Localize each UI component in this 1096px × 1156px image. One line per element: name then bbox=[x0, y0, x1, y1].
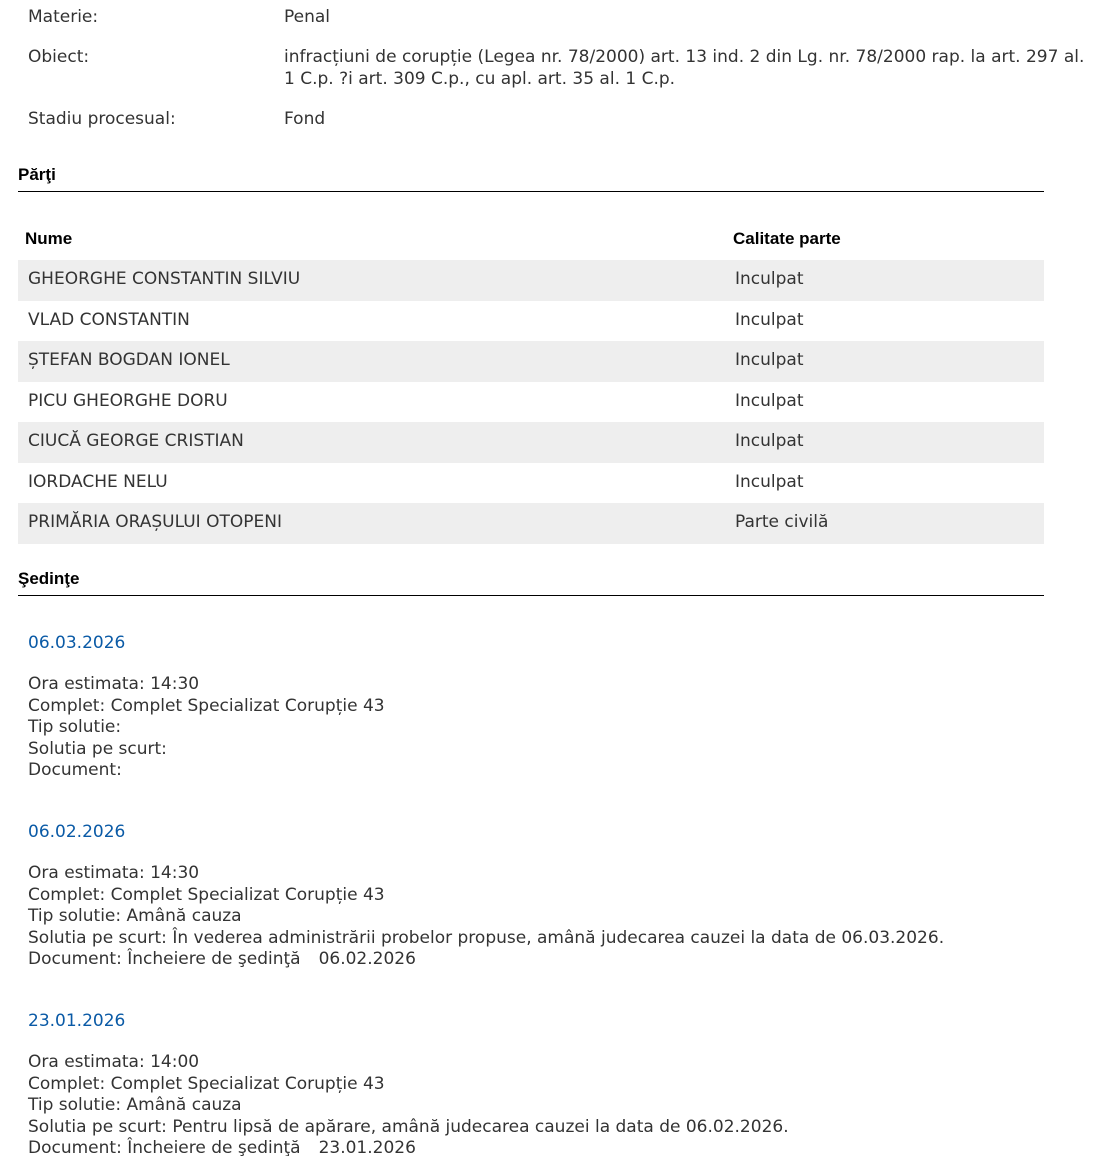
table-row: ȘTEFAN BOGDAN IONEL Inculpat bbox=[18, 341, 1044, 382]
stadiu-value: Fond bbox=[284, 108, 1044, 130]
party-role: Inculpat bbox=[735, 310, 804, 330]
ora-value: 14:00 bbox=[150, 1052, 199, 1072]
party-role: Parte civilă bbox=[735, 512, 828, 532]
complet-value: Complet Specializat Corupție 43 bbox=[111, 1074, 385, 1094]
session-ora: Ora estimata: 14:30 bbox=[28, 863, 1028, 885]
column-header-role: Calitate parte bbox=[733, 229, 841, 249]
materie-value: Penal bbox=[284, 6, 1044, 28]
table-row: GHEORGHE CONSTANTIN SILVIU Inculpat bbox=[18, 260, 1044, 301]
solutie-label: Solutia pe scurt: bbox=[28, 1117, 172, 1137]
session-complet: Complet: Complet Specializat Corupție 43 bbox=[28, 1074, 1028, 1096]
column-header-name: Nume bbox=[25, 229, 72, 249]
session-item: 06.02.2026 Ora estimata: 14:30 Complet: … bbox=[28, 821, 1028, 971]
ora-value: 14:30 bbox=[150, 674, 199, 694]
solutie-label: Solutia pe scurt: bbox=[28, 739, 167, 759]
session-solutie: Solutia pe scurt: În vederea administrăr… bbox=[28, 928, 1028, 950]
party-role: Inculpat bbox=[735, 269, 804, 289]
party-name: PICU GHEORGHE DORU bbox=[28, 391, 228, 411]
party-role: Inculpat bbox=[735, 391, 804, 411]
document-label: Document: bbox=[28, 949, 127, 969]
party-name: VLAD CONSTANTIN bbox=[28, 310, 190, 330]
document-date: 06.02.2026 bbox=[319, 949, 416, 969]
ora-label: Ora estimata: bbox=[28, 674, 150, 694]
session-complet: Complet: Complet Specializat Corupție 43 bbox=[28, 885, 1028, 907]
solutie-value: În vederea administrării probelor propus… bbox=[172, 928, 944, 948]
document-date: 23.01.2026 bbox=[319, 1138, 416, 1156]
table-row: CIUCĂ GEORGE CRISTIAN Inculpat bbox=[18, 422, 1044, 463]
session-document: Document: bbox=[28, 760, 1028, 782]
stadiu-label: Stadiu procesual: bbox=[28, 108, 278, 130]
ora-label: Ora estimata: bbox=[28, 863, 150, 883]
session-date-link[interactable]: 06.02.2026 bbox=[28, 821, 125, 843]
complet-label: Complet: bbox=[28, 1074, 111, 1094]
session-document: Document: Încheiere de şedinţă23.01.2026 bbox=[28, 1138, 1028, 1156]
obiect-value-line2: 1 C.p. ?i art. 309 C.p., cu apl. art. 35… bbox=[284, 68, 1044, 90]
parti-table-header: Nume Calitate parte bbox=[18, 222, 1044, 260]
complet-label: Complet: bbox=[28, 885, 111, 905]
session-date-link[interactable]: 06.03.2026 bbox=[28, 632, 125, 654]
party-name: CIUCĂ GEORGE CRISTIAN bbox=[28, 431, 244, 451]
session-complet: Complet: Complet Specializat Corupție 43 bbox=[28, 696, 1028, 718]
session-details: Ora estimata: 14:00 Complet: Complet Spe… bbox=[28, 1052, 1028, 1156]
session-item: 06.03.2026 Ora estimata: 14:30 Complet: … bbox=[28, 632, 1028, 782]
session-ora: Ora estimata: 14:30 bbox=[28, 674, 1028, 696]
complet-label: Complet: bbox=[28, 696, 111, 716]
tip-value: Amână cauza bbox=[127, 1095, 242, 1115]
sedinte-section-title: Şedinţe bbox=[18, 569, 1044, 596]
table-row: VLAD CONSTANTIN Inculpat bbox=[18, 301, 1044, 342]
obiect-value-line1: infracțiuni de corupție (Legea nr. 78/20… bbox=[284, 46, 1044, 68]
document-label: Document: bbox=[28, 760, 122, 780]
session-document: Document: Încheiere de şedinţă06.02.2026 bbox=[28, 949, 1028, 971]
tip-label: Tip solutie: bbox=[28, 1095, 127, 1115]
tip-label: Tip solutie: bbox=[28, 906, 127, 926]
party-role: Inculpat bbox=[735, 350, 804, 370]
session-solutie: Solutia pe scurt: bbox=[28, 739, 1028, 761]
table-row: IORDACHE NELU Inculpat bbox=[18, 463, 1044, 504]
table-row: PICU GHEORGHE DORU Inculpat bbox=[18, 382, 1044, 423]
tip-label: Tip solutie: bbox=[28, 717, 121, 737]
complet-value: Complet Specializat Corupție 43 bbox=[111, 885, 385, 905]
session-tip: Tip solutie: Amână cauza bbox=[28, 906, 1028, 928]
tip-value: Amână cauza bbox=[127, 906, 242, 926]
party-role: Inculpat bbox=[735, 472, 804, 492]
ora-value: 14:30 bbox=[150, 863, 199, 883]
session-details: Ora estimata: 14:30 Complet: Complet Spe… bbox=[28, 674, 1028, 782]
session-details: Ora estimata: 14:30 Complet: Complet Spe… bbox=[28, 863, 1028, 971]
party-name: PRIMĂRIA ORAȘULUI OTOPENI bbox=[28, 512, 282, 532]
document-link[interactable]: Încheiere de şedinţă bbox=[127, 1138, 300, 1156]
parti-table: Nume Calitate parte GHEORGHE CONSTANTIN … bbox=[18, 222, 1044, 544]
solutie-value: Pentru lipsă de apărare, amână judecarea… bbox=[172, 1117, 788, 1137]
session-tip: Tip solutie: bbox=[28, 717, 1028, 739]
session-solutie: Solutia pe scurt: Pentru lipsă de apărar… bbox=[28, 1117, 1028, 1139]
obiect-value: infracțiuni de corupție (Legea nr. 78/20… bbox=[284, 46, 1044, 90]
session-date-link[interactable]: 23.01.2026 bbox=[28, 1010, 125, 1032]
document-label: Document: bbox=[28, 1138, 127, 1156]
session-tip: Tip solutie: Amână cauza bbox=[28, 1095, 1028, 1117]
document-link[interactable]: Încheiere de şedinţă bbox=[127, 949, 300, 969]
solutie-label: Solutia pe scurt: bbox=[28, 928, 172, 948]
party-name: GHEORGHE CONSTANTIN SILVIU bbox=[28, 269, 300, 289]
complet-value: Complet Specializat Corupție 43 bbox=[111, 696, 385, 716]
materie-label: Materie: bbox=[28, 6, 278, 28]
table-row: PRIMĂRIA ORAȘULUI OTOPENI Parte civilă bbox=[18, 503, 1044, 544]
party-name: ȘTEFAN BOGDAN IONEL bbox=[28, 350, 230, 370]
party-name: IORDACHE NELU bbox=[28, 472, 168, 492]
session-item: 23.01.2026 Ora estimata: 14:00 Complet: … bbox=[28, 1010, 1028, 1156]
obiect-label: Obiect: bbox=[28, 46, 278, 68]
party-role: Inculpat bbox=[735, 431, 804, 451]
parti-section-title: Părţi bbox=[18, 165, 1044, 192]
session-ora: Ora estimata: 14:00 bbox=[28, 1052, 1028, 1074]
ora-label: Ora estimata: bbox=[28, 1052, 150, 1072]
